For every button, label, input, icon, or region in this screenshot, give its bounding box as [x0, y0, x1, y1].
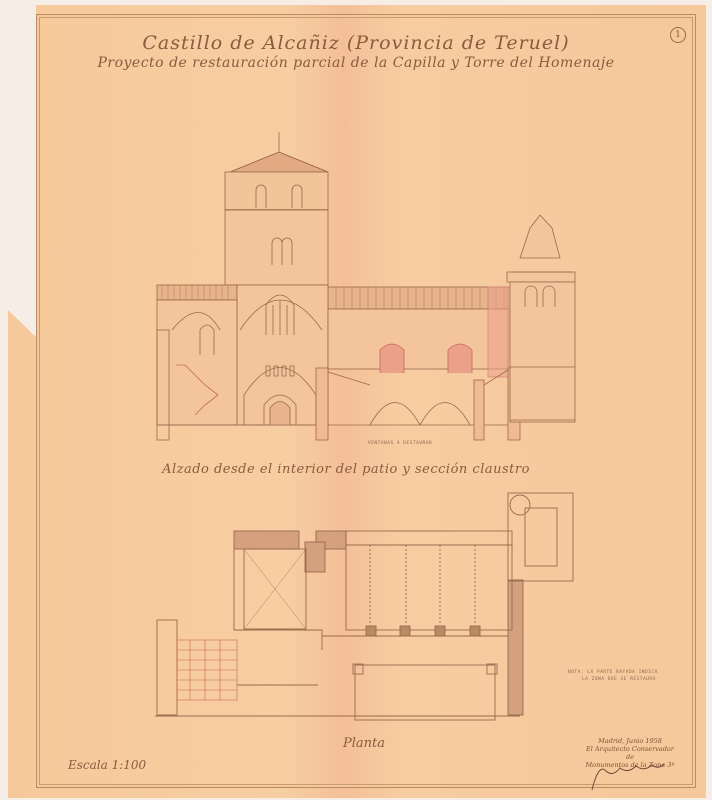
signature-scribble — [0, 0, 712, 800]
